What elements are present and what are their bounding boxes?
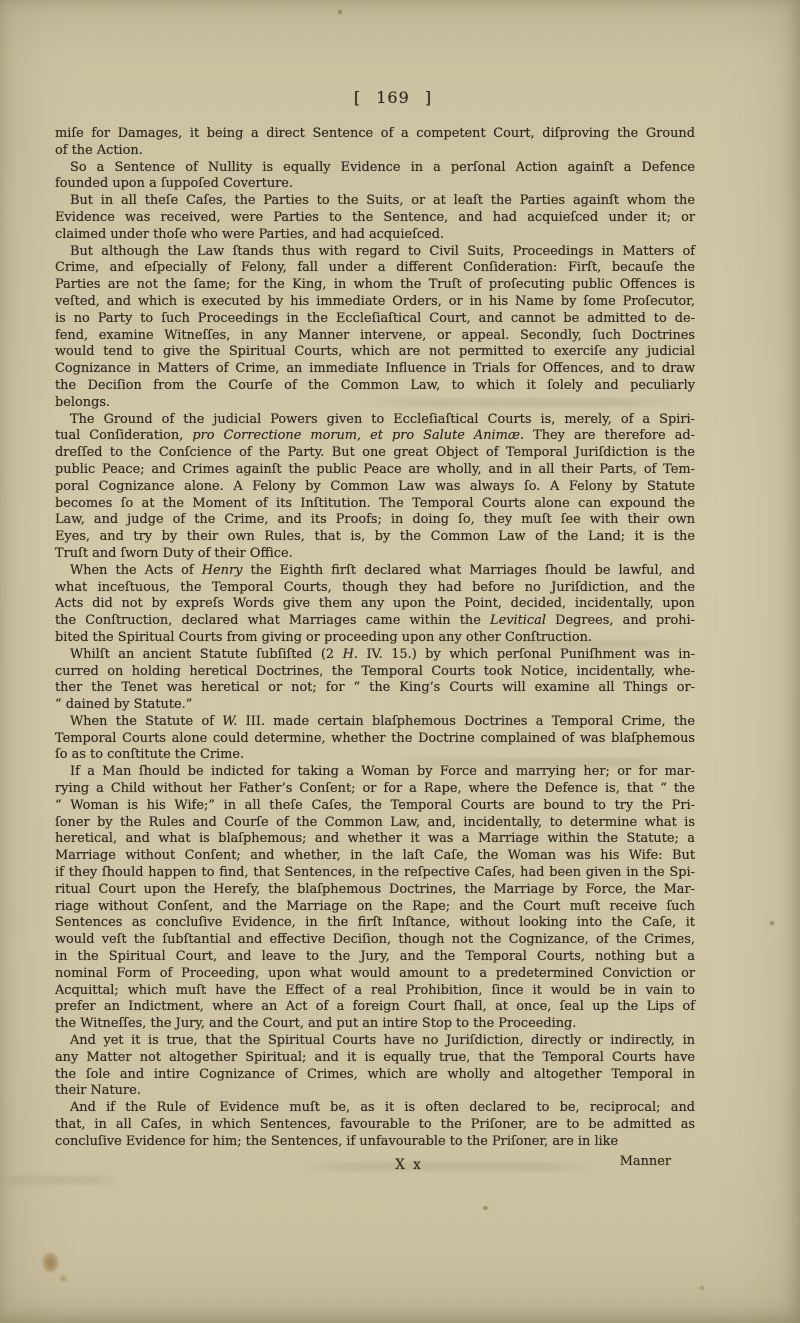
paragraph: But although the Law ſtands thus with re…	[55, 244, 695, 412]
text-line: heretical, and what is blaſphemous; and …	[55, 831, 695, 848]
text-line: Truſt and ſworn Duty of their Office.	[55, 546, 695, 563]
text-line: the Deciſion from the Courſe of the Comm…	[55, 378, 695, 395]
text-line: And yet it is true, that the Spiritual C…	[55, 1033, 695, 1050]
bleed-through	[300, 1162, 600, 1171]
text-line: When the Acts of Henry the Eighth firſt …	[55, 563, 695, 580]
text-line: dreſſed to the Conſcience of the Party. …	[55, 445, 695, 462]
text-line: prefer an Indictment, where an Act of a …	[55, 999, 695, 1016]
text-line: ritual Court upon the Hereſy, the blaſph…	[55, 882, 695, 899]
text-line: in the Spiritual Court, and leave to the…	[55, 949, 695, 966]
text-line: poral Cognizance alone. A Felony by Comm…	[55, 479, 695, 496]
text-line: becomes ſo at the Moment of its Inſtitut…	[55, 496, 695, 513]
text-line: Marriage without Conſent; and whether, i…	[55, 848, 695, 865]
text-line: When the Statute of W. III. made certain…	[55, 714, 695, 731]
text-line: riage without Conſent, and the Marriage …	[55, 899, 695, 916]
paragraph: The Ground of the judicial Powers given …	[55, 412, 695, 563]
text-line: would tend to give the Spiritual Courts,…	[55, 344, 695, 361]
text-line: Sentences as concluſive Evidence, in the…	[55, 915, 695, 932]
text-line: concluſive Evidence for him; the Sentenc…	[55, 1134, 695, 1151]
text-line: Acts did not by expreſs Words give them …	[55, 596, 695, 613]
text-column: miſe for Damages, it being a direct Sent…	[55, 126, 695, 1174]
text-line: curred on holding heretical Doctrines, t…	[55, 664, 695, 681]
text-line: And if the Rule of Evidence muſt be, as …	[55, 1100, 695, 1117]
bleed-through	[390, 758, 690, 767]
text-line: veſted, and which is executed by his imm…	[55, 294, 695, 311]
text-line: Acquittal; which muſt have the Effect of…	[55, 983, 695, 1000]
paragraph: miſe for Damages, it being a direct Sent…	[55, 126, 695, 160]
text-line: Temporal Courts alone could determine, w…	[55, 731, 695, 748]
text-line: claimed under thoſe who were Parties, an…	[55, 227, 695, 244]
text-line: if they ſhould happen to find, that Sent…	[55, 865, 695, 882]
text-line: “ dained by Statute.”	[55, 697, 695, 714]
text-line: fend, examine Witneſſes, in any Manner i…	[55, 328, 695, 345]
foxing-spot	[483, 1206, 488, 1210]
catchword: Manner	[620, 1154, 671, 1169]
paragraph: But in all theſe Caſes, the Parties to t…	[55, 193, 695, 243]
text-line: Whilſt an ancient Statute ſubſiſted (2 H…	[55, 647, 695, 664]
bleed-through	[360, 398, 690, 407]
paragraph: When the Acts of Henry the Eighth firſt …	[55, 563, 695, 647]
text-line: would veſt the ſubſtantial and effective…	[55, 932, 695, 949]
paragraph: And if the Rule of Evidence muſt be, as …	[55, 1100, 695, 1150]
text-line: public Peace; and Crimes againſt the pub…	[55, 462, 695, 479]
paragraph: Whilſt an ancient Statute ſubſiſted (2 H…	[55, 647, 695, 714]
text-line: But in all theſe Caſes, the Parties to t…	[55, 193, 695, 210]
foxing-spot	[700, 1286, 704, 1290]
text-line: nominal Form of Proceeding, upon what wo…	[55, 966, 695, 983]
text-line: “ Woman is his Wife;” in all theſe Caſes…	[55, 798, 695, 815]
text-line: Eyes, and try by their own Rules, that i…	[55, 529, 695, 546]
text-line: ſoner by the Rules and Courſe of the Com…	[55, 815, 695, 832]
page-scan: [ 169 ] miſe for Damages, it being a dir…	[0, 0, 800, 1323]
text-line: ther the Tenet was heretical or not; for…	[55, 680, 695, 697]
text-line: miſe for Damages, it being a direct Sent…	[55, 126, 695, 143]
bleed-through	[420, 640, 700, 649]
text-line: Parties are not the ſame; for the King, …	[55, 277, 695, 294]
text-line: the Witneſſes, the Jury, and the Court, …	[55, 1016, 695, 1033]
text-line: Law, and judge of the Crime, and its Pro…	[55, 512, 695, 529]
foxing-spot	[59, 1274, 68, 1283]
foxing-spot	[338, 10, 342, 14]
text-line: of the Action.	[55, 143, 695, 160]
text-line: The Ground of the judicial Powers given …	[55, 412, 695, 429]
text-line: that, in all Caſes, in which Sentences, …	[55, 1117, 695, 1134]
page-number-header: [ 169 ]	[73, 88, 713, 107]
text-line: Crime, and eſpecially of Felony, fall un…	[55, 260, 695, 277]
paragraph: If a Man ſhould be indicted for taking a…	[55, 764, 695, 1033]
text-line: But although the Law ſtands thus with re…	[55, 244, 695, 261]
text-line: the Conſtruction, declared what Marriage…	[55, 613, 695, 630]
text-line: the ſole and intire Cognizance of Crimes…	[55, 1067, 695, 1084]
paragraph: And yet it is true, that the Spiritual C…	[55, 1033, 695, 1100]
paragraph: When the Statute of W. III. made certain…	[55, 714, 695, 764]
text-line: any Matter not altogether Spiritual; and…	[55, 1050, 695, 1067]
foxing-spot	[42, 1252, 59, 1273]
text-line: Evidence was received, were Parties to t…	[55, 210, 695, 227]
paragraph: So a Sentence of Nullity is equally Evid…	[55, 160, 695, 194]
text-line: Cognizance in Matters of Crime, an immed…	[55, 361, 695, 378]
text-line: rying a Child without her Father’s Conſe…	[55, 781, 695, 798]
text-block: miſe for Damages, it being a direct Sent…	[55, 126, 695, 1151]
text-line: founded upon a ſuppoſed Coverture.	[55, 176, 695, 193]
bleed-through	[0, 1176, 120, 1185]
text-line: So a Sentence of Nullity is equally Evid…	[55, 160, 695, 177]
text-line: what inceſtuous, the Temporal Courts, th…	[55, 580, 695, 597]
foxing-spot	[770, 921, 774, 925]
text-line: is no Party to ſuch Proceedings in the E…	[55, 311, 695, 328]
text-line: their Nature.	[55, 1083, 695, 1100]
text-line: tual Conſideration, pro Correctione moru…	[55, 428, 695, 445]
